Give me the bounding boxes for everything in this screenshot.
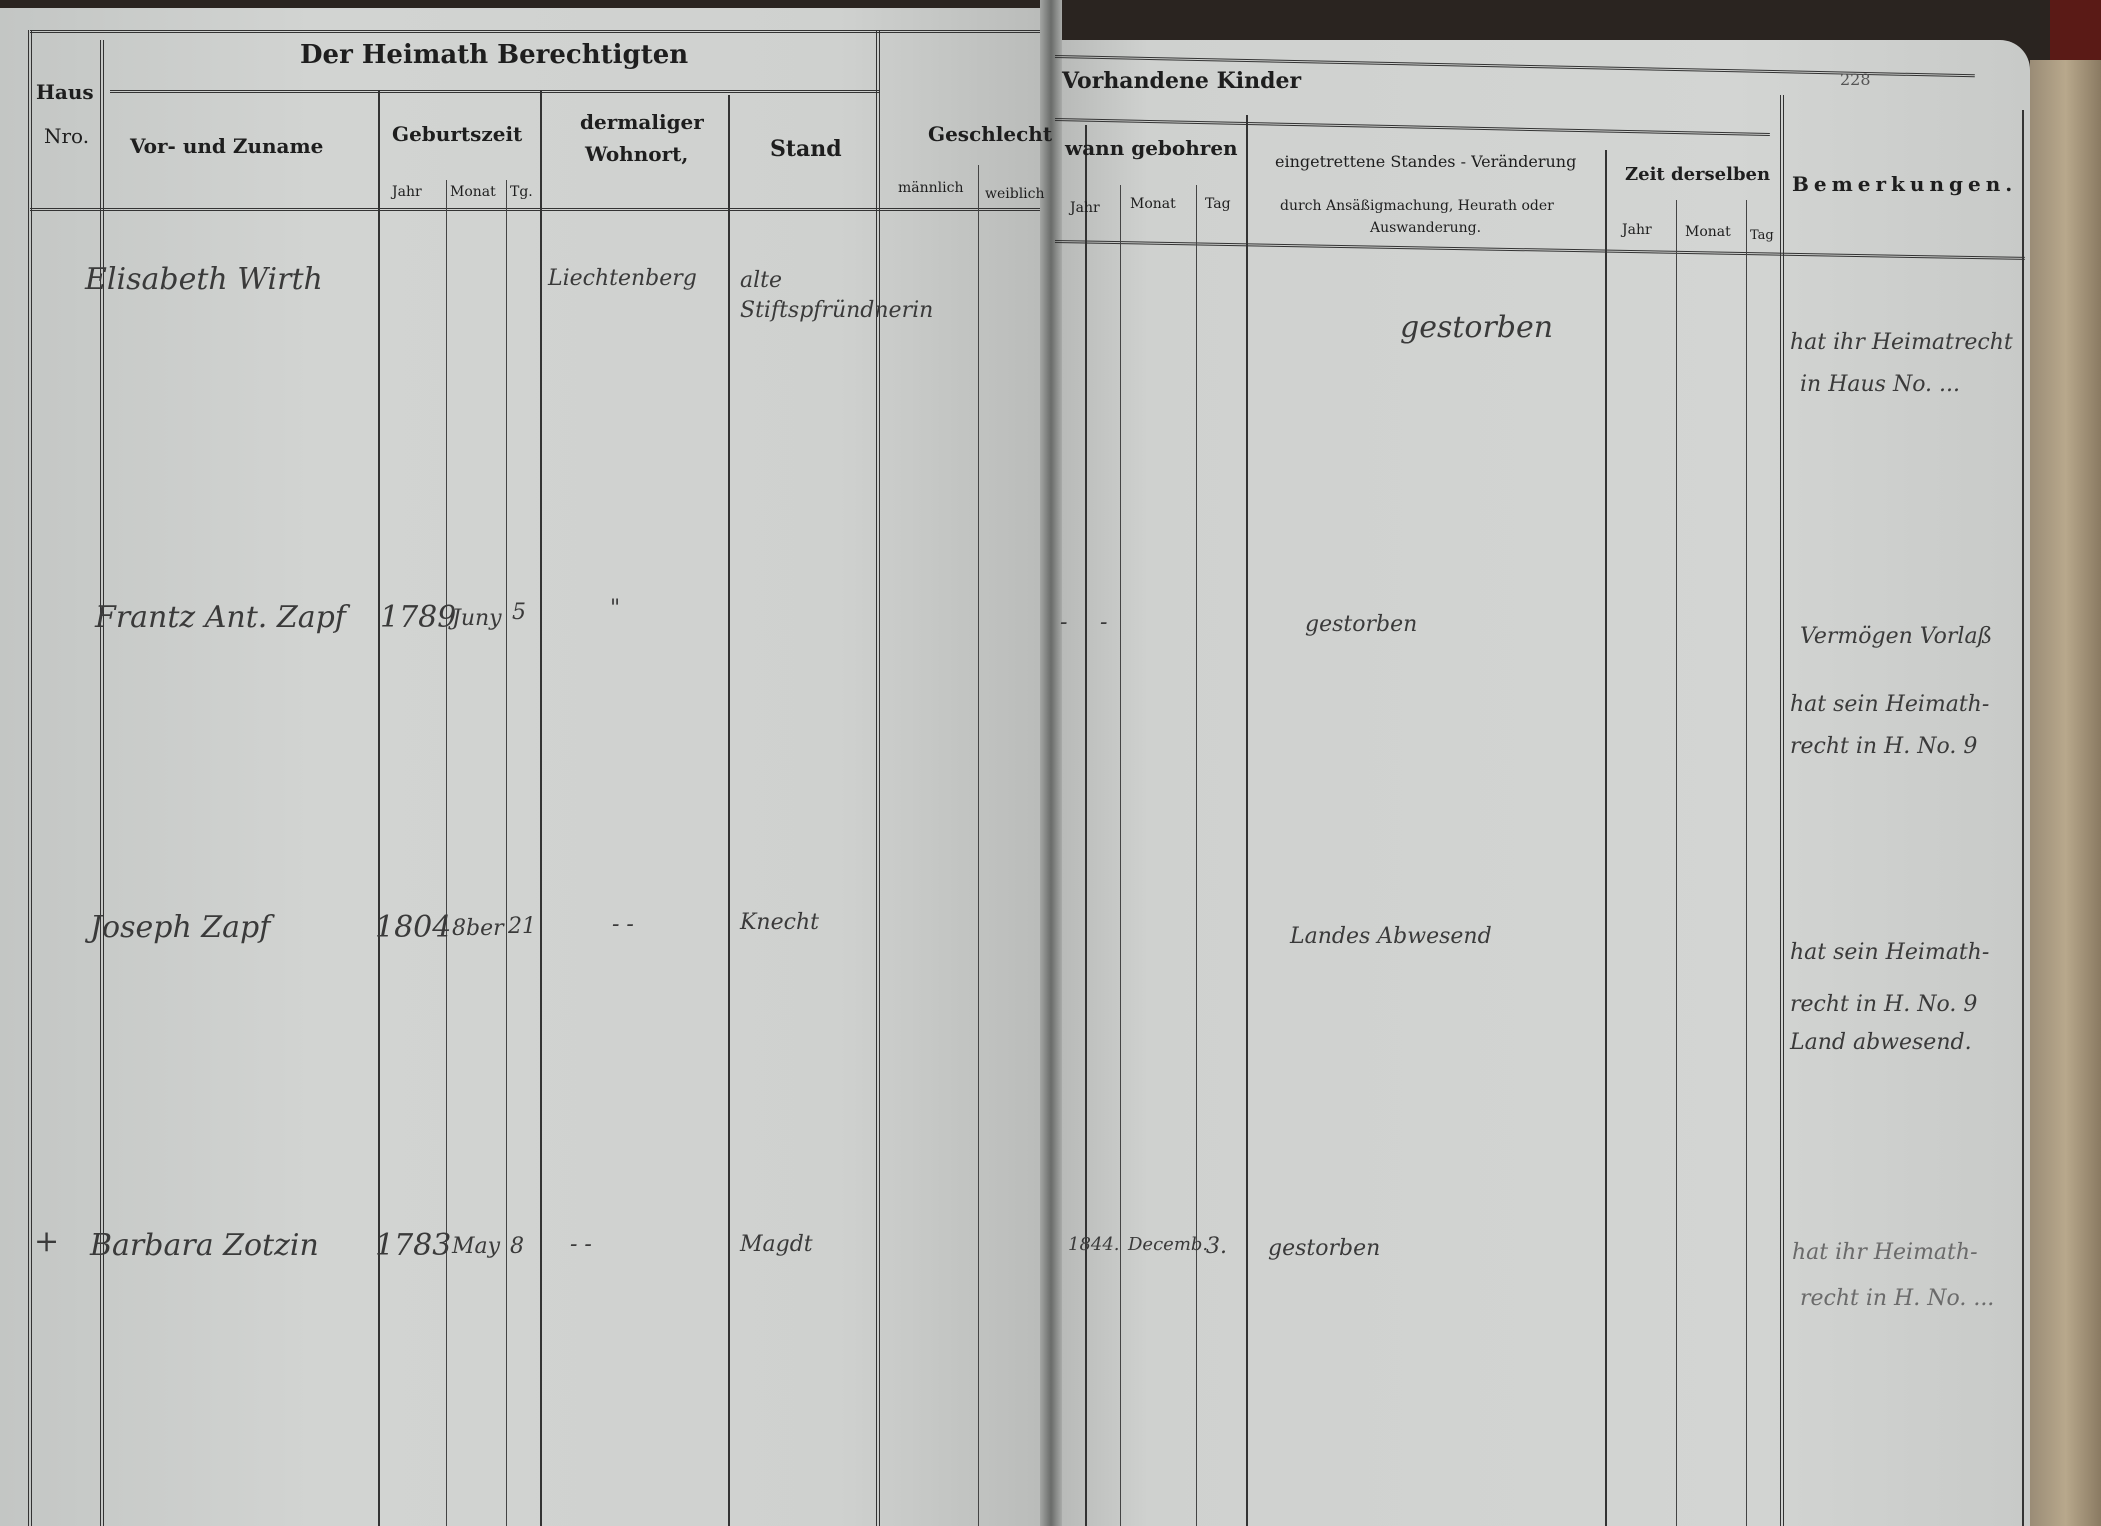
entry-name: Barbara Zotzin bbox=[90, 1228, 319, 1263]
name-header: Vor- und Zuname bbox=[130, 134, 323, 158]
top-rule bbox=[30, 30, 1040, 33]
col-rule bbox=[446, 180, 447, 1526]
zeit-header: Zeit derselben bbox=[1625, 164, 1770, 185]
col-rule bbox=[1246, 115, 1248, 1526]
kind-monat-header: Monat bbox=[1130, 196, 1176, 212]
maennlich-header: männlich bbox=[898, 180, 963, 196]
entry-veraenderung: gestorben bbox=[1305, 612, 1417, 637]
entry-bemerkung-line: recht in H. No. 9 bbox=[1790, 734, 1977, 759]
geburtszeit-header: Geburtszeit bbox=[392, 122, 522, 146]
zeit-tag-header: Tag bbox=[1750, 228, 1774, 243]
entry-bemerkung-line: hat ihr Heimatrecht bbox=[1790, 330, 2013, 355]
col-rule bbox=[1780, 95, 1784, 1526]
entry-jahr: 1804 bbox=[375, 910, 451, 945]
kind-jahr-header: Jahr bbox=[1070, 200, 1100, 216]
page-number: 228 bbox=[1840, 70, 1871, 89]
entry-kind-monat: - bbox=[1100, 610, 1107, 635]
entry-wohnort: Liechtenberg bbox=[548, 266, 697, 291]
veraenderung-sub-2: Auswanderung. bbox=[1370, 220, 1481, 236]
entry-kind-tag: 3. bbox=[1206, 1234, 1227, 1259]
zeit-monat-header: Monat bbox=[1685, 224, 1731, 240]
entry-stand: Magdt bbox=[740, 1232, 813, 1257]
veraenderung-header: eingetrettene Standes - Veränderung bbox=[1275, 152, 1576, 171]
entry-monat: Juny bbox=[452, 606, 502, 631]
tag-header: Tg. bbox=[510, 184, 533, 200]
weiblich-header: weiblich bbox=[985, 186, 1045, 202]
kind-tag-header: Tag bbox=[1205, 196, 1231, 212]
entry-monat: 8ber bbox=[452, 916, 504, 941]
page-edges bbox=[2030, 60, 2101, 1526]
col-rule bbox=[1746, 200, 1747, 1526]
nro-header: Nro. bbox=[44, 124, 89, 148]
book-gutter bbox=[1040, 0, 1062, 1526]
geschlecht-header: Geschlecht bbox=[928, 122, 1052, 146]
col-rule bbox=[1085, 125, 1087, 1526]
col-rule bbox=[506, 180, 507, 1526]
left-border bbox=[28, 30, 32, 1526]
veraenderung-sub-1: durch Ansäßigmachung, Heurath oder bbox=[1280, 198, 1554, 214]
entry-kind-jahr: - bbox=[1060, 610, 1067, 635]
entry-veraenderung: gestorben bbox=[1268, 1236, 1380, 1261]
entry-name: Elisabeth Wirth bbox=[85, 262, 323, 297]
entry-tag: 21 bbox=[508, 914, 536, 939]
monat-header: Monat bbox=[450, 184, 496, 200]
entry-jahr: 1783 bbox=[375, 1228, 451, 1263]
wann-gebohren-header: wann gebohren bbox=[1065, 136, 1238, 160]
entry-wohnort: - - bbox=[612, 912, 634, 937]
right-border bbox=[2022, 110, 2024, 1526]
col-rule bbox=[1120, 185, 1121, 1526]
col-rule bbox=[1196, 185, 1197, 1526]
header-bottom-rule bbox=[30, 208, 1040, 211]
entry-bemerkung-line: recht in H. No. ... bbox=[1800, 1286, 1994, 1311]
col-rule bbox=[378, 90, 380, 1526]
entry-name: Frantz Ant. Zapf bbox=[95, 600, 346, 635]
entry-tag: 8 bbox=[510, 1234, 524, 1259]
entry-name: Joseph Zapf bbox=[90, 910, 270, 945]
entry-jahr: 1789 bbox=[380, 600, 456, 635]
entry-bemerkung-line: Land abwesend. bbox=[1790, 1030, 1972, 1055]
open-register-book: Der Heimath Berechtigten Haus Nro. Vor- … bbox=[0, 0, 2101, 1526]
entry-bemerkung-line: in Haus No. ... bbox=[1800, 372, 1960, 397]
stand-header: Stand bbox=[770, 136, 842, 162]
entry-tag: 5 bbox=[512, 600, 526, 625]
col-rule bbox=[876, 30, 880, 1526]
zeit-jahr-header: Jahr bbox=[1622, 222, 1652, 238]
col-rule bbox=[540, 90, 542, 1526]
entry-bemerkung-line: hat sein Heimath- bbox=[1790, 692, 1989, 717]
col-rule bbox=[728, 95, 730, 1526]
entry-veraenderung: Landes Abwesend bbox=[1290, 924, 1492, 949]
wohnort-header-2: Wohnort, bbox=[585, 142, 688, 166]
wohnort-header-1: dermaliger bbox=[580, 110, 704, 134]
col-rule bbox=[978, 165, 979, 1526]
entry-bemerkung-line: hat sein Heimath- bbox=[1790, 940, 1989, 965]
right-page-title: Vorhandene Kinder bbox=[1062, 68, 1301, 94]
bemerkungen-header: Bemerkungen. bbox=[1792, 172, 2017, 196]
left-page-title: Der Heimath Berechtigten bbox=[300, 40, 688, 70]
entry-bemerkung-line: recht in H. No. 9 bbox=[1790, 992, 1977, 1017]
entry-wohnort: " bbox=[610, 596, 620, 621]
entry-bemerkung-line: Vermögen Vorlaß bbox=[1800, 624, 1992, 649]
jahr-header: Jahr bbox=[392, 184, 422, 200]
entry-kind-monat: Decemb. bbox=[1128, 1234, 1208, 1255]
entry-kind-jahr: 1844. bbox=[1068, 1234, 1120, 1255]
entry-veraenderung: gestorben bbox=[1400, 310, 1553, 345]
entry-stand: Knecht bbox=[740, 910, 819, 935]
entry-stand: alte Stiftspfründnerin bbox=[740, 266, 880, 326]
left-page bbox=[0, 8, 1050, 1526]
col-rule bbox=[1676, 200, 1677, 1526]
entry-monat: May bbox=[452, 1234, 500, 1259]
title-rule bbox=[110, 90, 880, 93]
col-rule bbox=[1605, 150, 1607, 1526]
haus-header: Haus bbox=[36, 80, 94, 104]
entry-wohnort: - - bbox=[570, 1232, 592, 1257]
deceased-cross-icon: + bbox=[34, 1224, 59, 1259]
entry-bemerkung-line: hat ihr Heimath- bbox=[1792, 1240, 1978, 1265]
